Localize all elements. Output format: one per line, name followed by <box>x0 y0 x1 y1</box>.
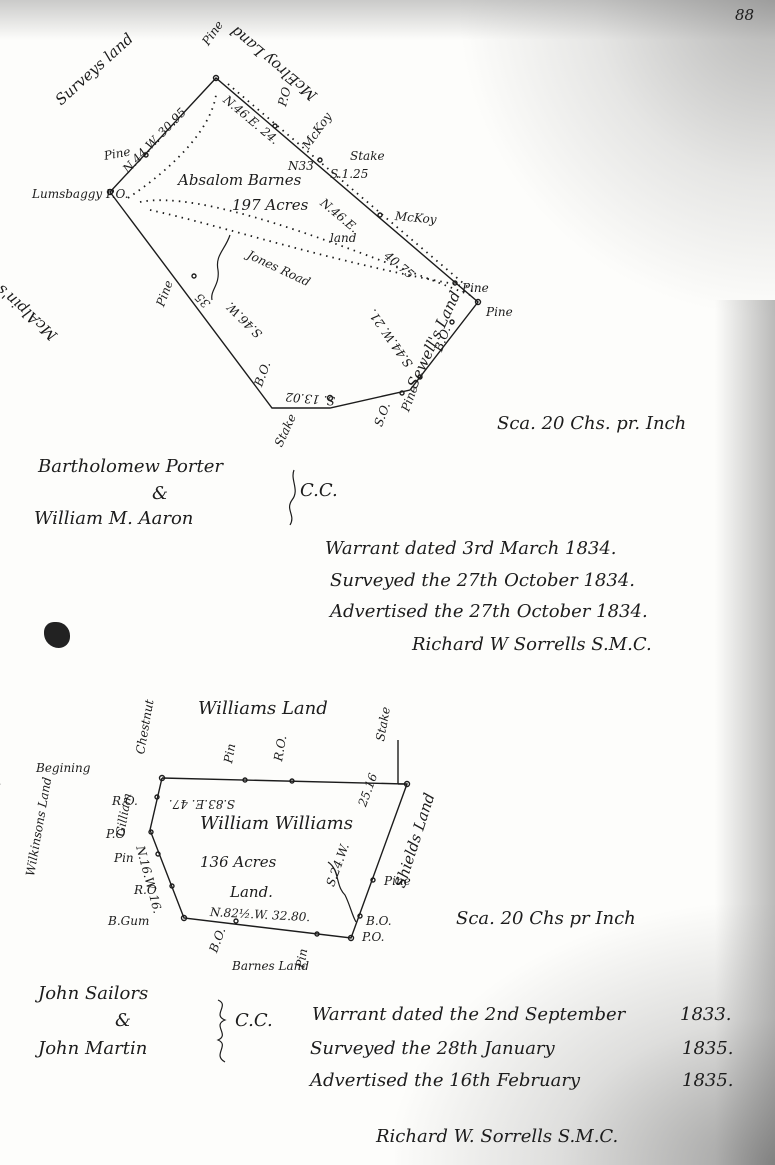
record-1-warrant: Warrant dated 3rd March 1834. <box>325 540 617 558</box>
survey-2-land-word: Land. <box>230 885 273 900</box>
beginning-corner: Lumsbaggy P.O. <box>32 188 128 200</box>
corner-b-gum: B.Gum <box>108 915 149 927</box>
record-1-signature: Richard W Sorrells S.M.C. <box>412 636 652 654</box>
page-number: 88 <box>735 8 754 23</box>
record-2-advertised-year: 1835. <box>682 1072 734 1090</box>
survey-1-acreage: 197 Acres <box>232 198 308 213</box>
survey-1-owner: Absalom Barnes <box>178 173 301 188</box>
adjoiner-williams-land: Williams Land <box>198 700 328 718</box>
record-2-signature: Richard W. Sorrells S.M.C. <box>376 1128 618 1146</box>
chain-carrier-2b: John Martin <box>38 1040 147 1058</box>
survey-2-owner: William Williams <box>200 815 353 833</box>
chain-carrier-1b: William M. Aaron <box>34 510 193 528</box>
survey-1-scale: Sca. 20 Chs. pr. Inch <box>497 415 686 433</box>
record-2-surveyed-year: 1835. <box>682 1040 734 1058</box>
adjoiner-mckoy-2: McKoy <box>394 210 437 226</box>
survey-2-acreage: 136 Acres <box>200 855 276 870</box>
chain-carriers-abbr-1: C.C. <box>300 482 338 500</box>
corner-pine-right-2: Pine <box>486 306 513 318</box>
corner-pin-top: Pin <box>222 743 237 764</box>
call-top-2: S.83.E. 47. <box>169 798 235 810</box>
call-s125: S.1.25 <box>330 168 368 180</box>
chain-carrier-2a: John Sailors <box>38 985 148 1003</box>
chain-carriers-abbr-2: C.C. <box>235 1012 273 1030</box>
corner-bo: B.O. <box>366 915 392 927</box>
survey-2-scale: Sca. 20 Chs pr Inch <box>456 910 636 928</box>
record-2-warrant-year: 1833. <box>680 1006 732 1024</box>
record-2-advertised: Advertised the 16th February <box>310 1072 580 1090</box>
corner-pin-bottom: Pin <box>294 948 309 969</box>
corner-stake: Stake <box>350 150 385 162</box>
chain-carrier-amp-1: & <box>152 485 168 503</box>
record-2-warrant: Warrant dated the 2nd September <box>312 1006 625 1024</box>
adjoiner-land: land <box>330 232 356 244</box>
beginning-label: Begining <box>36 762 90 774</box>
record-2-surveyed: Surveyed the 28th January <box>310 1040 555 1058</box>
corner-pin: Pin <box>114 852 134 864</box>
record-1-advertised: Advertised the 27th October 1834. <box>330 603 648 621</box>
chain-carrier-1a: Bartholomew Porter <box>38 458 223 476</box>
corner-pine-right-1: Pine <box>462 282 489 294</box>
corner-po-bottom: P.O. <box>362 931 384 943</box>
record-1-surveyed: Surveyed the 27th October 1834. <box>330 572 635 590</box>
chain-carrier-amp-2: & <box>115 1012 131 1030</box>
